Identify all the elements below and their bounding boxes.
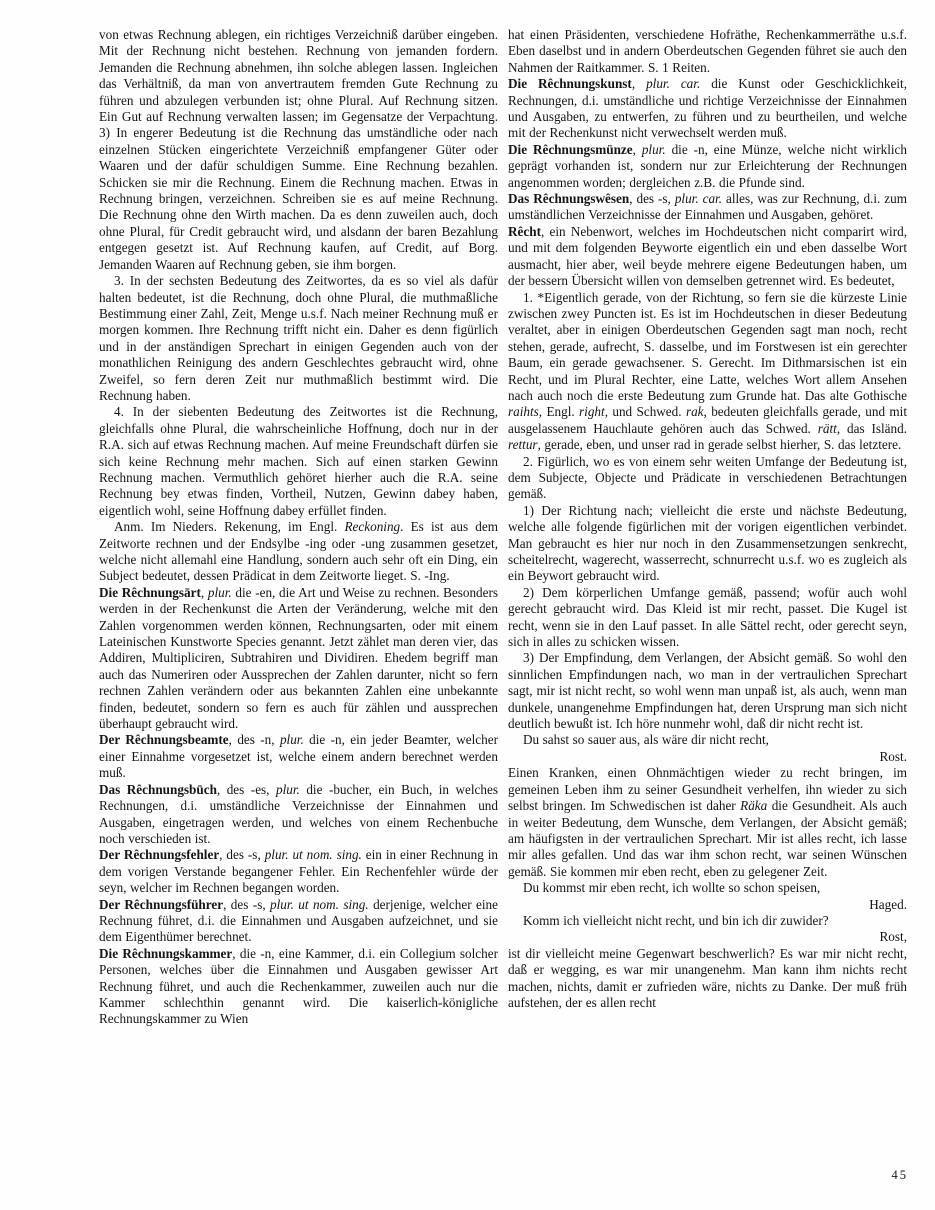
italic-text: Räka [740,798,767,813]
text-run: 3) Der Empfindung, dem Verlangen, der Ab… [508,650,907,731]
headword: Die Rêchnungsārt [99,585,201,600]
paragraph: 3) Der Empfindung, dem Verlangen, der Ab… [508,650,907,732]
text-run: , gerade, eben, und unser rad in gerade … [538,437,902,452]
verse-attribution: Rost. [508,749,907,765]
italic-text: plur. car. [675,191,722,206]
text-run: Komm ich vielleicht nicht recht, und bin… [523,913,829,928]
headword: Die Rêchnungskunst [508,76,632,91]
text-run: ist dir vielleicht meine Gegenwart besch… [508,946,907,1010]
dictionary-entry: Der Rêchnungsführer, des -s, plur. ut no… [99,897,498,946]
italic-text: plur. ut nom. sing. [265,847,362,862]
headword: Die Rêchnungskammer [99,946,232,961]
dictionary-entry: Die Rêchnungskunst, plur. car. die Kunst… [508,76,907,142]
paragraph: 1) Der Richtung nach; vielleicht die ers… [508,503,907,585]
italic-text: raihts [508,404,539,419]
headword: Die Rêchnungsmünze [508,142,633,157]
dictionary-entry: Rêcht, ein Nebenwort, welches im Hochdeu… [508,224,907,290]
text-run: 4. In der siebenten Bedeutung des Zeitwo… [99,404,498,517]
text-run: 2. Figürlich, wo es von einem sehr weite… [508,454,907,502]
paragraph: Einen Kranken, einen Ohnmächtigen wieder… [508,765,907,880]
italic-text: plur. [280,732,304,747]
headword: Rêcht [508,224,541,239]
verse-line: Du kommst mir eben recht, ich wollte so … [508,880,907,896]
italic-text: Reckoning [344,519,400,534]
dictionary-entry: Das Rêchnungsbūch, des -es, plur. die -b… [99,782,498,848]
text-run: , und Schwed. [605,404,686,419]
text-run: von etwas Rechnung ablegen, ein richtige… [99,27,498,272]
text-run: , [201,585,208,600]
text-run: 1) Der Richtung nach; vielleicht die ers… [508,503,907,584]
headword: Das Rêchnungsbūch [99,782,217,797]
page-number: 45 [858,1168,908,1183]
verse-line: Komm ich vielleicht nicht recht, und bin… [508,913,907,929]
paragraph: Anm. Im Nieders. Rekenung, im Engl. Reck… [99,519,498,585]
paragraph: 2) Dem körperlichen Umfange gemäß, passe… [508,585,907,651]
italic-text: plur. ut nom. sing. [270,897,369,912]
italic-text: plur. [208,585,232,600]
headword: Der Rêchnungsfehler [99,847,219,862]
text-run: , des -s, [223,897,270,912]
verse-attribution: Haged. [508,897,907,913]
text-run: hat einen Präsidenten, verschiedene Hofr… [508,27,907,75]
right-column: hat einen Präsidenten, verschiedene Hofr… [508,27,907,1028]
italic-text: rätt [818,421,837,436]
italic-text: right [579,404,605,419]
text-run: 3. In der sechsten Bedeutung des Zeitwor… [99,273,498,403]
left-column: von etwas Rechnung ablegen, ein richtige… [99,27,498,1028]
text-run: Rost. [880,749,907,764]
paragraph: ist dir vielleicht meine Gegenwart besch… [508,946,907,1012]
text-run: Du kommst mir eben recht, ich wollte so … [523,880,820,895]
text-run: 2) Dem körperlichen Umfange gemäß, passe… [508,585,907,649]
headword: Das Rêchnungswêsen [508,191,629,206]
text-run: die -en, die Art und Weise zu rechnen. B… [99,585,498,731]
text-run: , [632,76,646,91]
text-area: von etwas Rechnung ablegen, ein richtige… [99,27,907,1028]
text-run: Du sahst so sauer aus, als wäre dir nich… [523,732,769,747]
text-run: Rost, [880,929,907,944]
dictionary-page: von etwas Rechnung ablegen, ein richtige… [0,0,935,1210]
dictionary-entry: Der Rêchnungsfehler, des -s, plur. ut no… [99,847,498,896]
text-run: Anm. Im Nieders. Rekenung, im Engl. [114,519,344,534]
text-run: Haged. [869,897,907,912]
headword: Der Rêchnungsführer [99,897,223,912]
dictionary-entry: Die Rêchnungsmünze, plur. die -n, eine M… [508,142,907,191]
paragraph: hat einen Präsidenten, verschiedene Hofr… [508,27,907,76]
italic-text: rak [686,404,704,419]
dictionary-entry: Die Rêchnungsārt, plur. die -en, die Art… [99,585,498,733]
paragraph: 4. In der siebenten Bedeutung des Zeitwo… [99,404,498,519]
paragraph: von etwas Rechnung ablegen, ein richtige… [99,27,498,273]
text-run: , des -n, [229,732,280,747]
italic-text: plur. [642,142,666,157]
paragraph: 3. In der sechsten Bedeutung des Zeitwor… [99,273,498,404]
text-run: , des -s, [629,191,675,206]
paragraph: 2. Figürlich, wo es von einem sehr weite… [508,454,907,503]
italic-text: plur. car. [646,76,700,91]
paragraph: 1. *Eigentlich gerade, von der Richtung,… [508,290,907,454]
text-run: , des -es, [217,782,276,797]
text-run: 1. *Eigentlich gerade, von der Richtung,… [508,290,907,403]
verse-line: Du sahst so sauer aus, als wäre dir nich… [508,732,907,748]
verse-attribution: Rost, [508,929,907,945]
text-run: , ein Nebenwort, welches im Hochdeutsche… [508,224,907,288]
text-run: , [633,142,642,157]
headword: Der Rêchnungsbeamte [99,732,229,747]
italic-text: rettur [508,437,538,452]
text-run: , das Isländ. [837,421,907,436]
italic-text: plur. [276,782,300,797]
dictionary-entry: Der Rêchnungsbeamte, des -n, plur. die -… [99,732,498,781]
text-run: , Engl. [539,404,579,419]
dictionary-entry: Die Rêchnungskammer, die -n, eine Kammer… [99,946,498,1028]
text-run: , des -s, [219,847,265,862]
dictionary-entry: Das Rêchnungswêsen, des -s, plur. car. a… [508,191,907,224]
